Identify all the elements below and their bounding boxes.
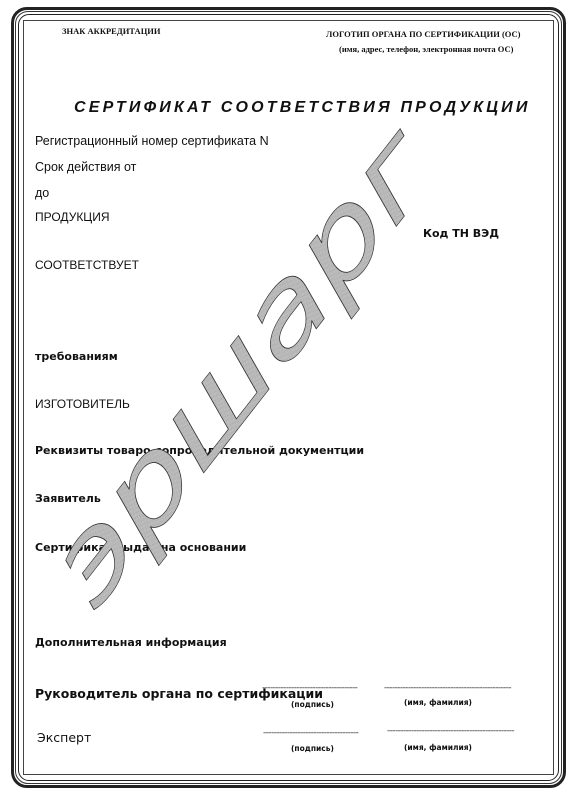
- head-name-caption: (имя, фамилия): [404, 698, 472, 707]
- valid-from-label: Срок действия от: [35, 160, 136, 174]
- shipping-docs-label: Реквизиты товаро-сопроводительной докуме…: [35, 444, 364, 457]
- expert-name-line: ----------------------------------------…: [387, 726, 514, 736]
- manufacturer-label: ИЗГОТОВИТЕЛЬ: [35, 397, 130, 411]
- certification-body-logo-label: ЛОГОТИП ОРГАНА ПО СЕРТИФИКАЦИИ (ОС): [326, 29, 521, 39]
- product-label: ПРОДУКЦИЯ: [35, 210, 109, 224]
- additional-info-label: Дополнительная информация: [35, 636, 227, 649]
- registration-number-label: Регистрационный номер сертификата N: [35, 134, 269, 148]
- expert-label: Эксперт: [37, 730, 91, 745]
- applicant-label: Заявитель: [35, 492, 101, 505]
- head-signature-line: ------------------------------------: [262, 683, 357, 693]
- head-signature-caption: (подпись): [291, 700, 334, 709]
- document-title: СЕРТИФИКАТ СООТВЕТСТВИЯ ПРОДУКЦИИ: [74, 99, 531, 117]
- valid-to-label: до: [35, 186, 49, 200]
- issued-basis-label: Сертификат выдан на основании: [35, 541, 246, 554]
- expert-signature-line: ------------------------------------: [263, 728, 358, 738]
- accreditation-mark-label: ЗНАК АККРЕДИТАЦИИ: [62, 26, 161, 36]
- head-name-line: ----------------------------------------…: [384, 683, 511, 693]
- requirements-label: требованиям: [35, 350, 118, 363]
- tn-ved-code-label: Код ТН ВЭД: [423, 227, 499, 240]
- expert-signature-caption: (подпись): [291, 744, 334, 753]
- certification-body-details: (имя, адрес, телефон, электронная почта …: [339, 44, 513, 54]
- expert-name-caption: (имя, фамилия): [404, 743, 472, 752]
- complies-label: СООТВЕТСТВУЕТ: [35, 258, 139, 272]
